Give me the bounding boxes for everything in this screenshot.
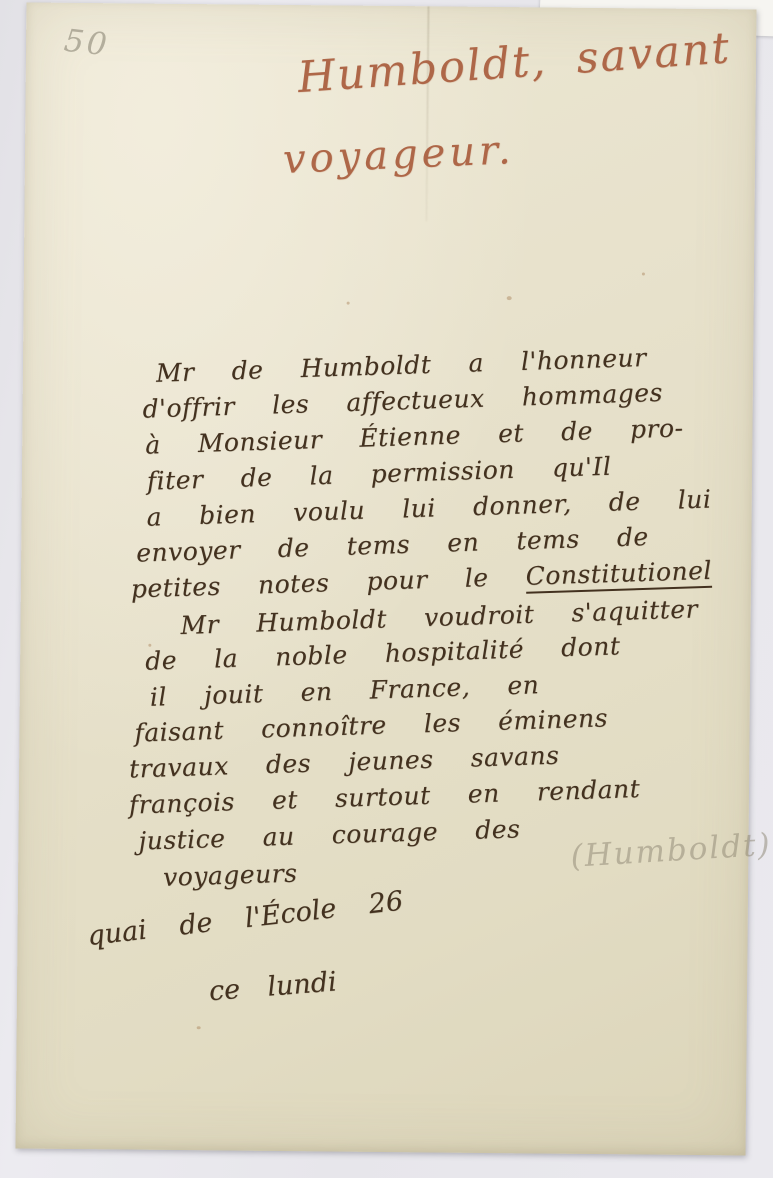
folio-number-pencil: 50 xyxy=(62,23,111,64)
foxing-spot xyxy=(347,302,350,305)
foxing-spot xyxy=(642,272,645,275)
letter-body: Mr de Humboldt a l'honneur d'offrir les … xyxy=(123,356,748,902)
archival-title-line-1: Humboldt, savant xyxy=(296,23,732,103)
paper-crease xyxy=(425,6,429,221)
date-line: ce lundi xyxy=(208,966,338,1007)
constitutionnel-underlined: Constitutionel xyxy=(525,556,712,594)
archival-title-line-2: voyageur. xyxy=(282,127,515,183)
foxing-spot xyxy=(197,1026,201,1029)
letter-paper: 50 Humboldt, savant voyageur. Mr de Humb… xyxy=(16,3,757,1156)
photo-background: 50 Humboldt, savant voyageur. Mr de Humb… xyxy=(0,0,773,1178)
foxing-spot xyxy=(507,296,512,300)
